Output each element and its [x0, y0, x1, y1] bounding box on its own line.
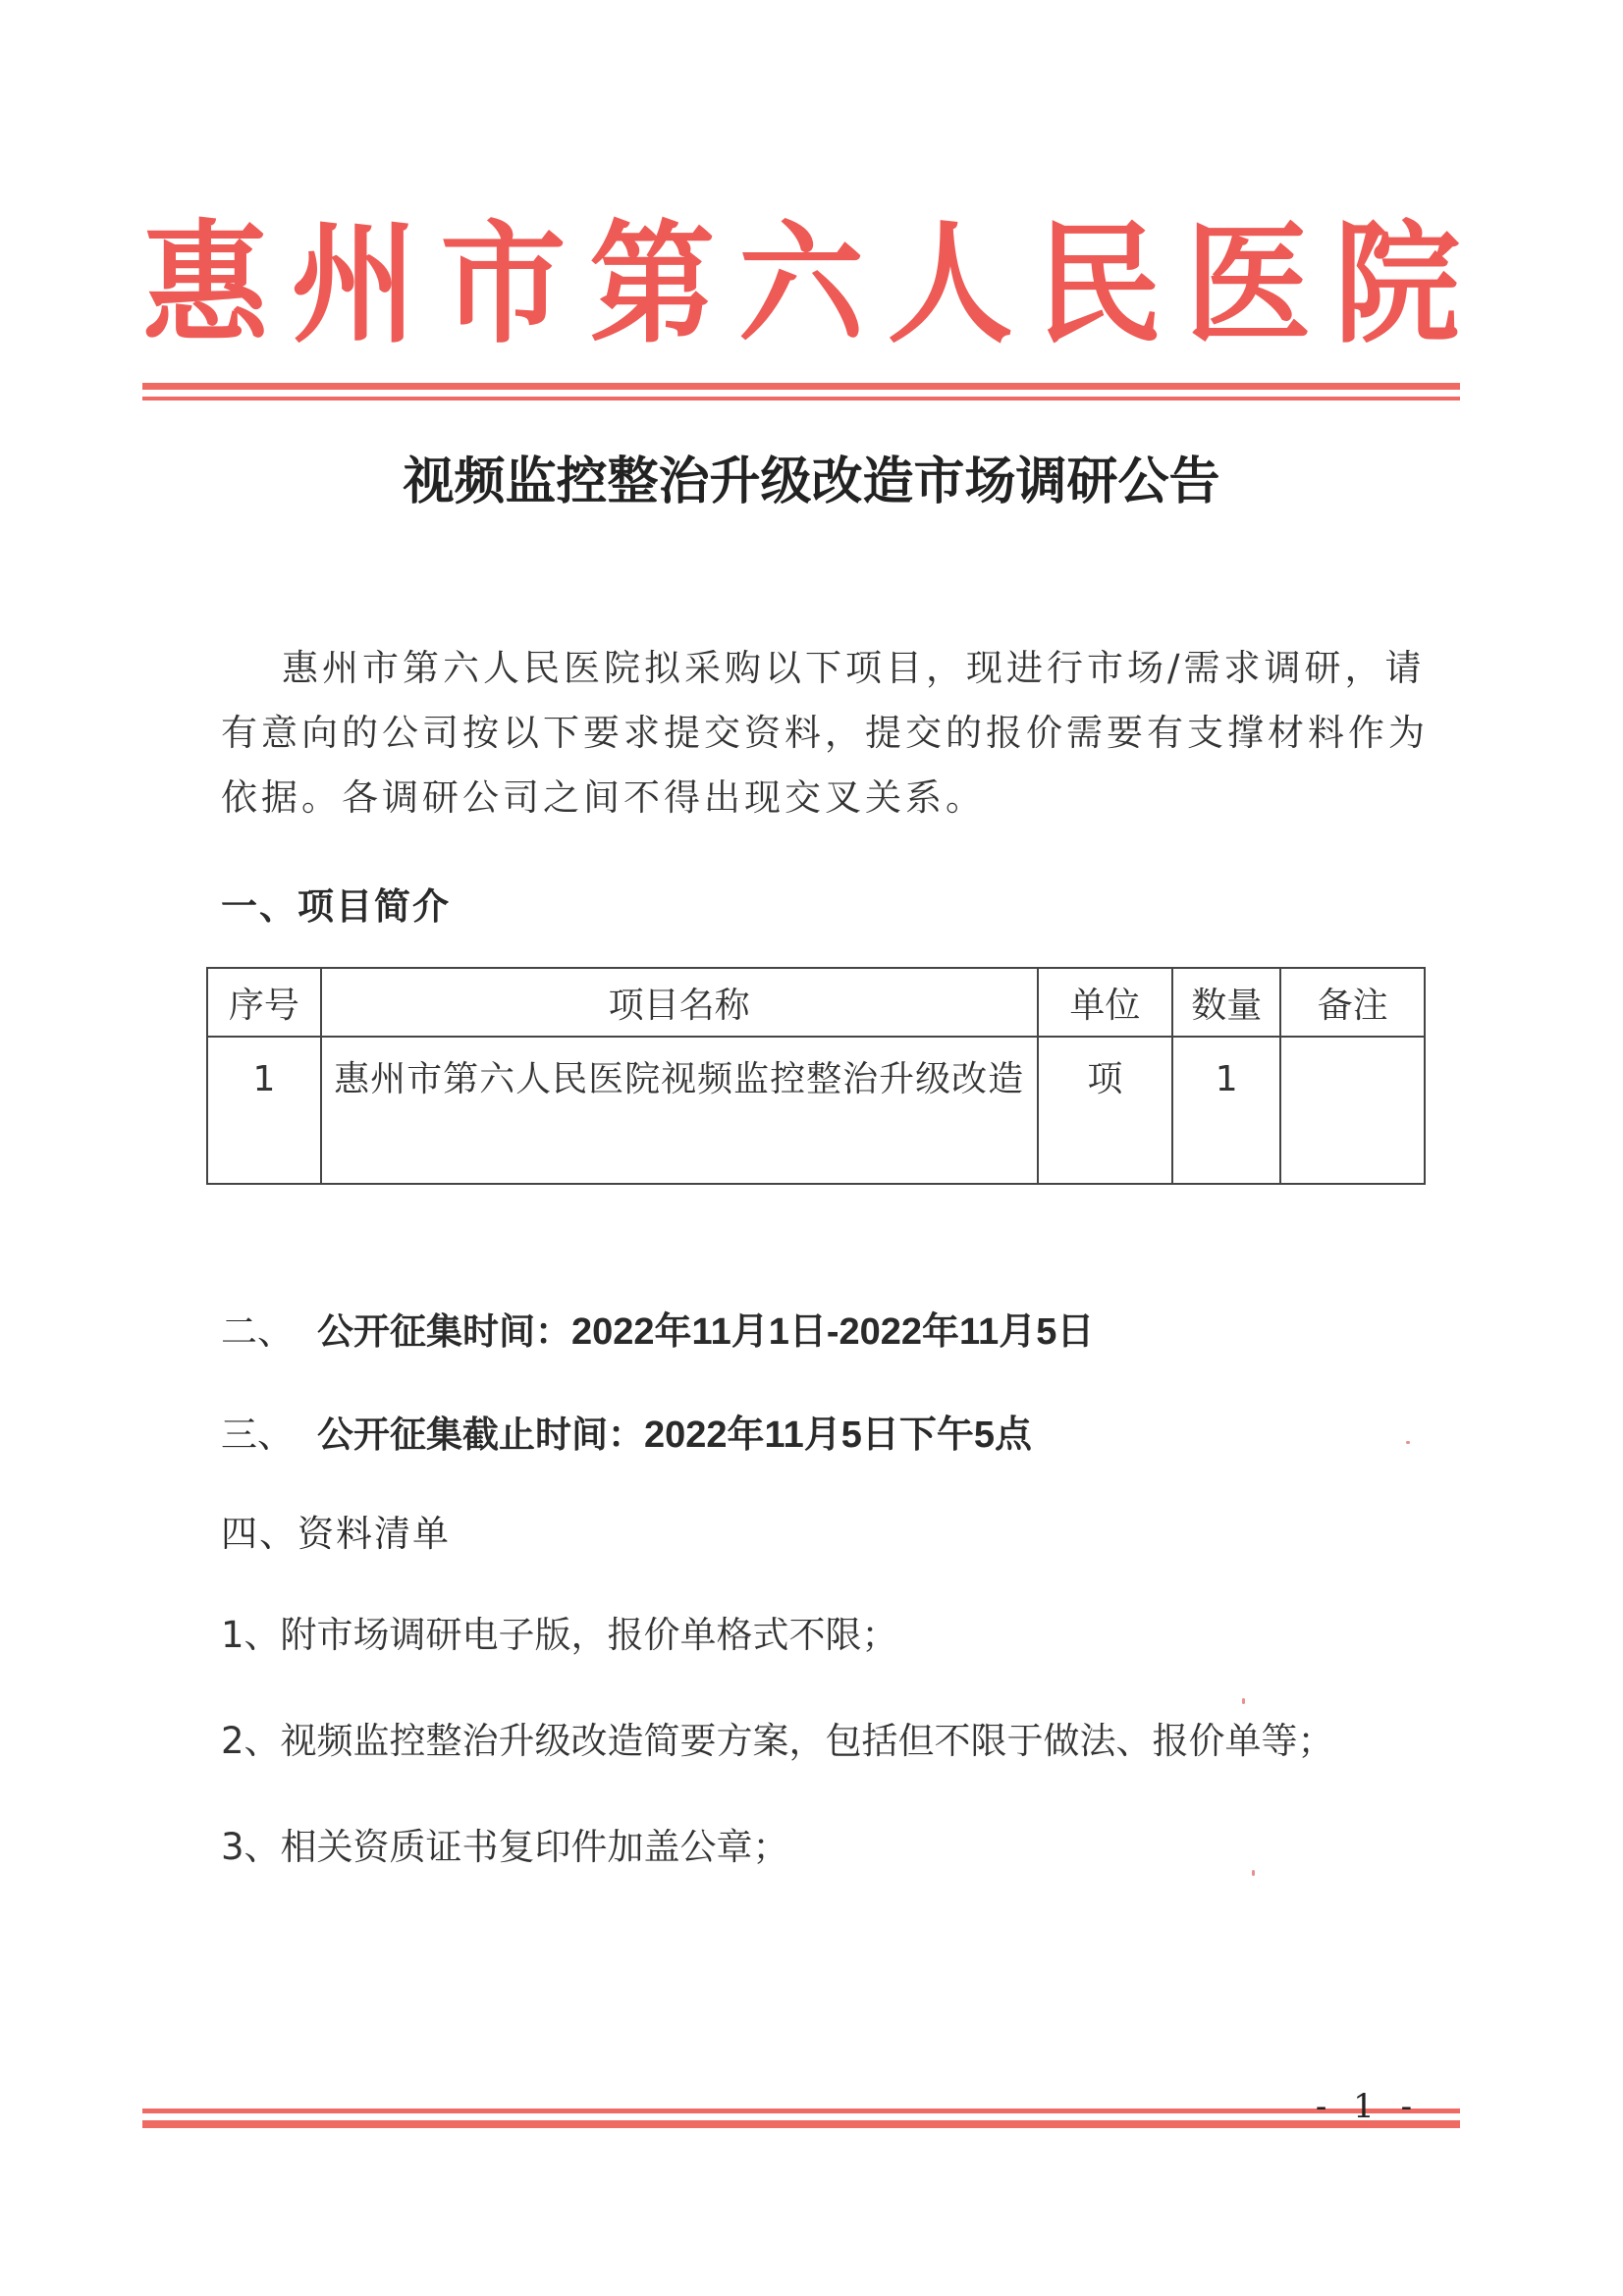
- cell-index: 1: [207, 1037, 321, 1184]
- footer-divider-thick: [142, 2120, 1460, 2128]
- materials-list-item: 2、视频监控整治升级改造简要方案，包括但不限于做法、报价单等；: [221, 1711, 1334, 1764]
- header-divider-thin: [142, 397, 1460, 400]
- cell-quantity: 1: [1172, 1037, 1280, 1184]
- deadline-label: 公开征集截止时间：: [317, 1414, 644, 1456]
- masthead-char: 州: [292, 219, 417, 350]
- organization-masthead: 惠 州 市 第 六 人 民 医 院: [142, 207, 1460, 362]
- column-header-remark: 备注: [1280, 968, 1425, 1037]
- masthead-char: 第: [589, 219, 715, 350]
- section-number: 二、: [221, 1302, 317, 1355]
- masthead-char: 六: [738, 219, 864, 350]
- collection-period-value: 2022年11月1日-2022年11月5日: [571, 1311, 1094, 1353]
- masthead-char: 市: [440, 219, 566, 350]
- column-header-quantity: 数量: [1172, 968, 1280, 1037]
- footer-divider-thin: [142, 2109, 1460, 2113]
- table-header-row: 序号 项目名称 单位 数量 备注: [207, 968, 1425, 1037]
- collection-period-label: 公开征集时间：: [317, 1310, 571, 1353]
- masthead-char: 民: [1036, 219, 1162, 350]
- section-heading-materials: 四、资料清单: [221, 1504, 451, 1557]
- masthead-char: 人: [888, 219, 1013, 350]
- scan-artifact: [1252, 1870, 1255, 1876]
- scan-artifact: [1242, 1698, 1245, 1704]
- materials-list-item: 3、相关资质证书复印件加盖公章；: [221, 1817, 789, 1870]
- masthead-char: 医: [1185, 219, 1311, 350]
- page-number: - 1 -: [1314, 2087, 1422, 2126]
- section-heading-project-intro: 一、项目简介: [221, 877, 451, 930]
- deadline-line: 三、公开征集截止时间：2022年11月5日下午5点: [221, 1404, 1032, 1458]
- masthead-char: 惠: [142, 219, 268, 350]
- section-number: 三、: [221, 1405, 317, 1458]
- cell-project-name: 惠州市第六人民医院视频监控整治升级改造: [321, 1037, 1038, 1184]
- intro-text: 惠州市第六人民医院拟采购以下项目，现进行市场/需求调研，请有意向的公司按以下要求…: [221, 647, 1429, 819]
- column-header-index: 序号: [207, 968, 321, 1037]
- scan-artifact: [1406, 1441, 1410, 1444]
- column-header-unit: 单位: [1038, 968, 1173, 1037]
- cell-unit: 项: [1038, 1037, 1173, 1184]
- table-row: 1 惠州市第六人民医院视频监控整治升级改造 项 1: [207, 1037, 1425, 1184]
- masthead-char: 院: [1334, 219, 1460, 350]
- project-table: 序号 项目名称 单位 数量 备注 1 惠州市第六人民医院视频监控整治升级改造 项…: [206, 967, 1426, 1185]
- cell-remark: [1280, 1037, 1425, 1184]
- column-header-name: 项目名称: [321, 968, 1038, 1037]
- header-divider-thick: [142, 383, 1460, 390]
- materials-list-item: 1、附市场调研电子版，报价单格式不限；: [221, 1605, 898, 1658]
- collection-period-line: 二、公开征集时间：2022年11月1日-2022年11月5日: [221, 1301, 1094, 1355]
- deadline-value: 2022年11月5日下午5点: [644, 1415, 1032, 1456]
- document-title: 视频监控整治升级改造市场调研公告: [0, 440, 1623, 513]
- intro-paragraph: 惠州市第六人民医院拟采购以下项目，现进行市场/需求调研，请有意向的公司按以下要求…: [221, 636, 1429, 830]
